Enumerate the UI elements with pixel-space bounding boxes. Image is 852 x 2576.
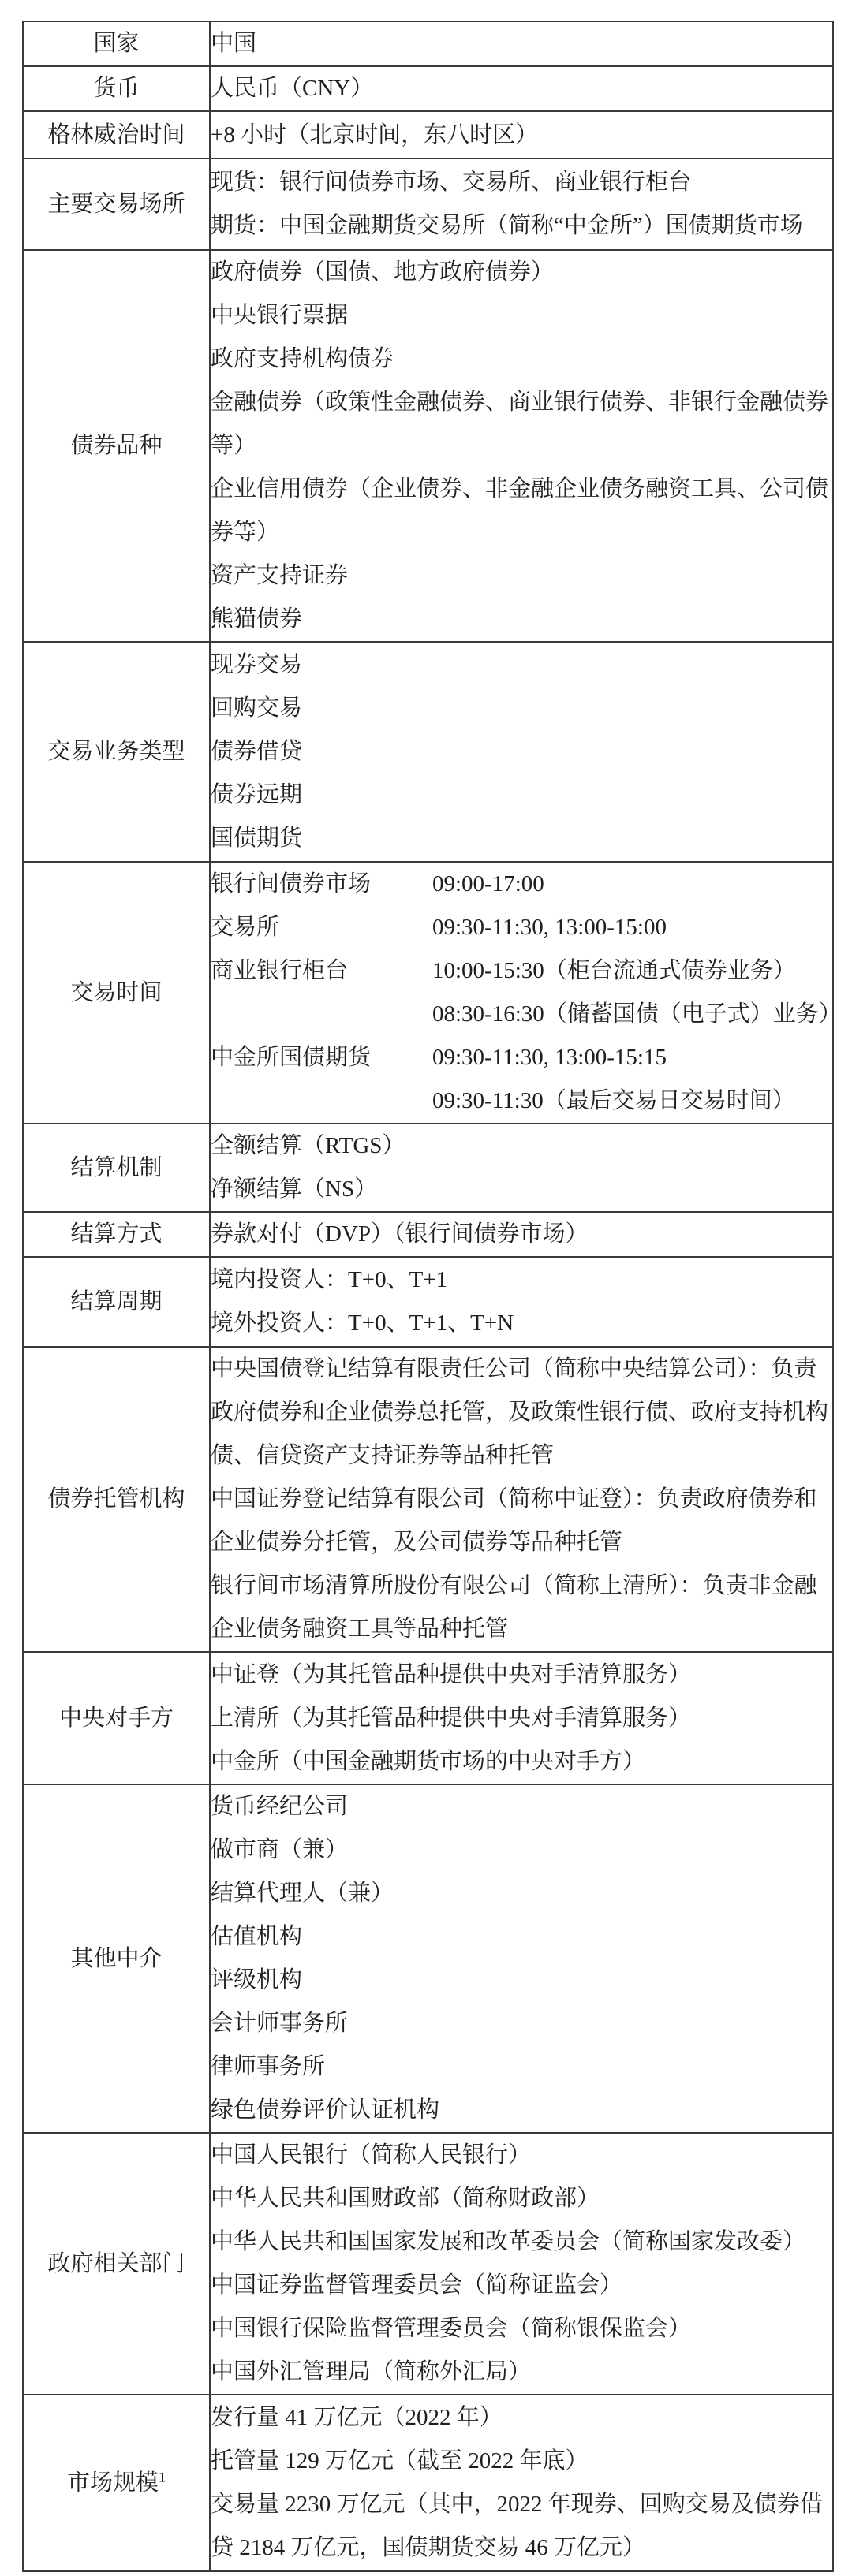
content-line: 中金所（中国金融期货市场的中央对手方） (211, 1740, 832, 1784)
table-row: 结算方式券款对付（DVP）（银行间债券市场） (23, 1212, 833, 1257)
content-line: 回购交易 (211, 687, 832, 730)
row-label-cell: 结算方式 (23, 1212, 210, 1257)
row-label: 中央对手方 (59, 1706, 174, 1731)
schedule-line: 08:30-16:30（储蓄国债（电子式）业务） (211, 993, 832, 1036)
table-row: 交易时间银行间债券市场09:00-17:00交易所09:30-11:30, 13… (23, 862, 833, 1124)
row-label: 主要交易场所 (47, 192, 185, 217)
row-content-cell: 全额结算（RTGS）净额结算（NS） (210, 1124, 833, 1212)
table-row: 格林威治时间+8 小时（北京时间，东八时区） (23, 111, 833, 158)
table-body: 国家中国货币人民币（CNY）格林威治时间+8 小时（北京时间，东八时区）主要交易… (23, 21, 833, 2571)
row-label-cell: 结算周期 (23, 1257, 210, 1347)
content-line: 绿色债券评价认证机构 (211, 2089, 832, 2132)
row-label: 结算周期 (70, 1289, 162, 1314)
schedule-line: 中金所国债期货09:30-11:30, 13:00-15:15 (211, 1036, 832, 1079)
row-label: 货币 (93, 76, 139, 101)
content-line: 中央银行票据 (211, 294, 832, 337)
schedule-venue: 交易所 (211, 906, 432, 949)
row-content-cell: +8 小时（北京时间，东八时区） (210, 111, 833, 158)
content-line: 律师事务所 (211, 2045, 832, 2089)
schedule-venue: 中金所国债期货 (211, 1036, 432, 1079)
schedule-venue (211, 993, 432, 1036)
content-line: 境内投资人：T+0、T+1 (211, 1258, 832, 1302)
content-line: 券款对付（DVP）（银行间债券市场） (211, 1213, 832, 1256)
document-page: 国家中国货币人民币（CNY）格林威治时间+8 小时（北京时间，东八时区）主要交易… (0, 0, 852, 2576)
row-content-cell: 现券交易回购交易债券借贷债券远期国债期货 (210, 642, 833, 862)
schedule-line: 银行间债券市场09:00-17:00 (211, 863, 832, 906)
content-line: 中华人民共和国国家发展和改革委员会（简称国家发改委） (211, 2220, 832, 2264)
table-row: 债券品种政府债券（国债、地方政府债券）中央银行票据政府支持机构债券金融债券（政策… (23, 250, 833, 642)
table-row: 债券托管机构中央国债登记结算有限责任公司（简称中央结算公司）：负责政府债券和企业… (23, 1347, 833, 1652)
content-line: 货币经纪公司 (211, 1785, 832, 1829)
content-line: 中华人民共和国财政部（简称财政部） (211, 2177, 832, 2220)
row-label-cell: 国家 (23, 21, 210, 66)
table-row: 政府相关部门中国人民银行（简称人民银行）中华人民共和国财政部（简称财政部）中华人… (23, 2133, 833, 2395)
row-content-cell: 银行间债券市场09:00-17:00交易所09:30-11:30, 13:00-… (210, 862, 833, 1124)
schedule-time: 09:30-11:30, 13:00-15:15 (432, 1036, 832, 1079)
schedule-venue: 商业银行柜台 (211, 949, 432, 993)
table-row: 货币人民币（CNY） (23, 66, 833, 111)
content-line: 全额结算（RTGS） (211, 1124, 832, 1168)
row-content-cell: 中央国债登记结算有限责任公司（简称中央结算公司）：负责政府债券和企业债券总托管，… (210, 1347, 833, 1652)
row-label-cell: 货币 (23, 66, 210, 111)
row-content-cell: 发行量 41 万亿元（2022 年）托管量 129 万亿元（截至 2022 年底… (210, 2395, 833, 2571)
row-label-cell: 格林威治时间 (23, 111, 210, 158)
schedule-time: 10:00-15:30（柜台流通式债券业务） (432, 949, 832, 993)
row-label-cell: 交易业务类型 (23, 642, 210, 862)
row-label: 其他中介 (70, 1946, 162, 1971)
row-content-cell: 中证登（为其托管品种提供中央对手清算服务）上清所（为其托管品种提供中央对手清算服… (210, 1652, 833, 1784)
row-content-cell: 货币经纪公司做市商（兼）结算代理人（兼）估值机构评级机构会计师事务所律师事务所绿… (210, 1784, 833, 2133)
content-line: 金融债券（政策性金融债券、商业银行债券、非银行金融债券等） (211, 381, 832, 468)
row-label-cell: 交易时间 (23, 862, 210, 1124)
schedule-line: 交易所09:30-11:30, 13:00-15:00 (211, 906, 832, 949)
schedule-time: 09:00-17:00 (432, 863, 832, 906)
content-line: 中国 (211, 22, 832, 65)
row-content-cell: 中国人民银行（简称人民银行）中华人民共和国财政部（简称财政部）中华人民共和国国家… (210, 2133, 833, 2395)
content-line: 中央国债登记结算有限责任公司（简称中央结算公司）：负责政府债券和企业债券总托管，… (211, 1348, 832, 1478)
row-label-superscript: 1 (159, 2469, 166, 2485)
content-line: 政府债券（国债、地方政府债券） (211, 251, 832, 294)
content-line: 估值机构 (211, 1915, 832, 1959)
row-label-cell: 政府相关部门 (23, 2133, 210, 2395)
schedule-venue (211, 1079, 432, 1123)
content-line: 中国证券监督管理委员会（简称证监会） (211, 2264, 832, 2307)
row-label: 国家 (93, 31, 139, 56)
row-label: 市场规模 (67, 2470, 159, 2496)
row-label: 政府相关部门 (47, 2251, 185, 2276)
row-label-cell: 债券品种 (23, 250, 210, 642)
table-row: 市场规模1发行量 41 万亿元（2022 年）托管量 129 万亿元（截至 20… (23, 2395, 833, 2571)
row-label-cell: 中央对手方 (23, 1652, 210, 1784)
content-line: 中国证券登记结算有限公司（简称中证登）：负责政府债券和企业债券分托管，及公司债券… (211, 1478, 832, 1564)
content-line: 资产支持证券 (211, 554, 832, 598)
content-line: 政府支持机构债券 (211, 337, 832, 381)
content-line: 现货：银行间债券市场、交易所、商业银行柜台 (211, 161, 832, 204)
content-line: 托管量 129 万亿元（截至 2022 年底） (211, 2440, 832, 2483)
table-row: 交易业务类型现券交易回购交易债券借贷债券远期国债期货 (23, 642, 833, 862)
content-line: 中国外汇管理局（简称外汇局） (211, 2350, 832, 2394)
content-line: 企业信用债券（企业债券、非金融企业债务融资工具、公司债券等） (211, 468, 832, 554)
row-label-cell: 其他中介 (23, 1784, 210, 2133)
content-line: 现券交易 (211, 643, 832, 687)
schedule-time: 08:30-16:30（储蓄国债（电子式）业务） (432, 993, 832, 1036)
row-label: 交易业务类型 (47, 739, 185, 764)
table-row: 结算机制全额结算（RTGS）净额结算（NS） (23, 1124, 833, 1212)
row-label: 债券品种 (70, 433, 162, 458)
row-label-cell: 债券托管机构 (23, 1347, 210, 1652)
content-line: 期货：中国金融期货交易所（简称“中金所”）国债期货市场 (211, 204, 832, 248)
row-label-cell: 结算机制 (23, 1124, 210, 1212)
schedule-time: 09:30-11:30, 13:00-15:00 (432, 906, 832, 949)
schedule-venue: 银行间债券市场 (211, 863, 432, 906)
content-line: 债券借贷 (211, 730, 832, 774)
content-line: 国债期货 (211, 817, 832, 860)
table-row: 其他中介货币经纪公司做市商（兼）结算代理人（兼）估值机构评级机构会计师事务所律师… (23, 1784, 833, 2133)
content-line: 中国银行保险监督管理委员会（简称银保监会） (211, 2307, 832, 2350)
row-label: 结算方式 (70, 1221, 162, 1247)
row-label: 格林威治时间 (47, 122, 185, 147)
row-content-cell: 中国 (210, 21, 833, 66)
content-line: 做市商（兼） (211, 1829, 832, 1872)
content-line: 发行量 41 万亿元（2022 年） (211, 2396, 832, 2440)
table-row: 结算周期境内投资人：T+0、T+1境外投资人：T+0、T+1、T+N (23, 1257, 833, 1347)
bond-market-info-table: 国家中国货币人民币（CNY）格林威治时间+8 小时（北京时间，东八时区）主要交易… (22, 21, 834, 2572)
row-content-cell: 现货：银行间债券市场、交易所、商业银行柜台期货：中国金融期货交易所（简称“中金所… (210, 158, 833, 250)
row-label-cell: 市场规模1 (23, 2395, 210, 2571)
row-content-cell: 政府债券（国债、地方政府债券）中央银行票据政府支持机构债券金融债券（政策性金融债… (210, 250, 833, 642)
content-line: 熊猫债券 (211, 598, 832, 641)
schedule-time: 09:30-11:30（最后交易日交易时间） (432, 1079, 832, 1123)
row-content-cell: 人民币（CNY） (210, 66, 833, 111)
content-line: 中国人民银行（简称人民银行） (211, 2134, 832, 2177)
row-label: 结算机制 (70, 1155, 162, 1180)
content-line: 结算代理人（兼） (211, 1872, 832, 1915)
content-line: 中证登（为其托管品种提供中央对手清算服务） (211, 1653, 832, 1697)
content-line: 债券远期 (211, 774, 832, 817)
content-line: 评级机构 (211, 1959, 832, 2002)
table-row: 中央对手方中证登（为其托管品种提供中央对手清算服务）上清所（为其托管品种提供中央… (23, 1652, 833, 1784)
content-line: 境外投资人：T+0、T+1、T+N (211, 1302, 832, 1345)
row-content-cell: 境内投资人：T+0、T+1境外投资人：T+0、T+1、T+N (210, 1257, 833, 1347)
row-label-cell: 主要交易场所 (23, 158, 210, 250)
content-line: +8 小时（北京时间，东八时区） (211, 114, 832, 157)
content-line: 人民币（CNY） (211, 67, 832, 110)
content-line: 会计师事务所 (211, 2002, 832, 2045)
content-line: 交易量 2230 万亿元（其中，2022 年现券、回购交易及债券借贷 2184 … (211, 2483, 832, 2570)
row-label: 债券托管机构 (47, 1486, 185, 1512)
schedule-line: 09:30-11:30（最后交易日交易时间） (211, 1079, 832, 1123)
content-line: 上清所（为其托管品种提供中央对手清算服务） (211, 1697, 832, 1740)
row-content-cell: 券款对付（DVP）（银行间债券市场） (210, 1212, 833, 1257)
schedule-line: 商业银行柜台10:00-15:30（柜台流通式债券业务） (211, 949, 832, 993)
row-label: 交易时间 (70, 980, 162, 1005)
content-line: 银行间市场清算所股份有限公司（简称上清所）：负责非金融企业债务融资工具等品种托管 (211, 1564, 832, 1651)
table-row: 国家中国 (23, 21, 833, 66)
table-row: 主要交易场所现货：银行间债券市场、交易所、商业银行柜台期货：中国金融期货交易所（… (23, 158, 833, 250)
content-line: 净额结算（NS） (211, 1168, 832, 1211)
